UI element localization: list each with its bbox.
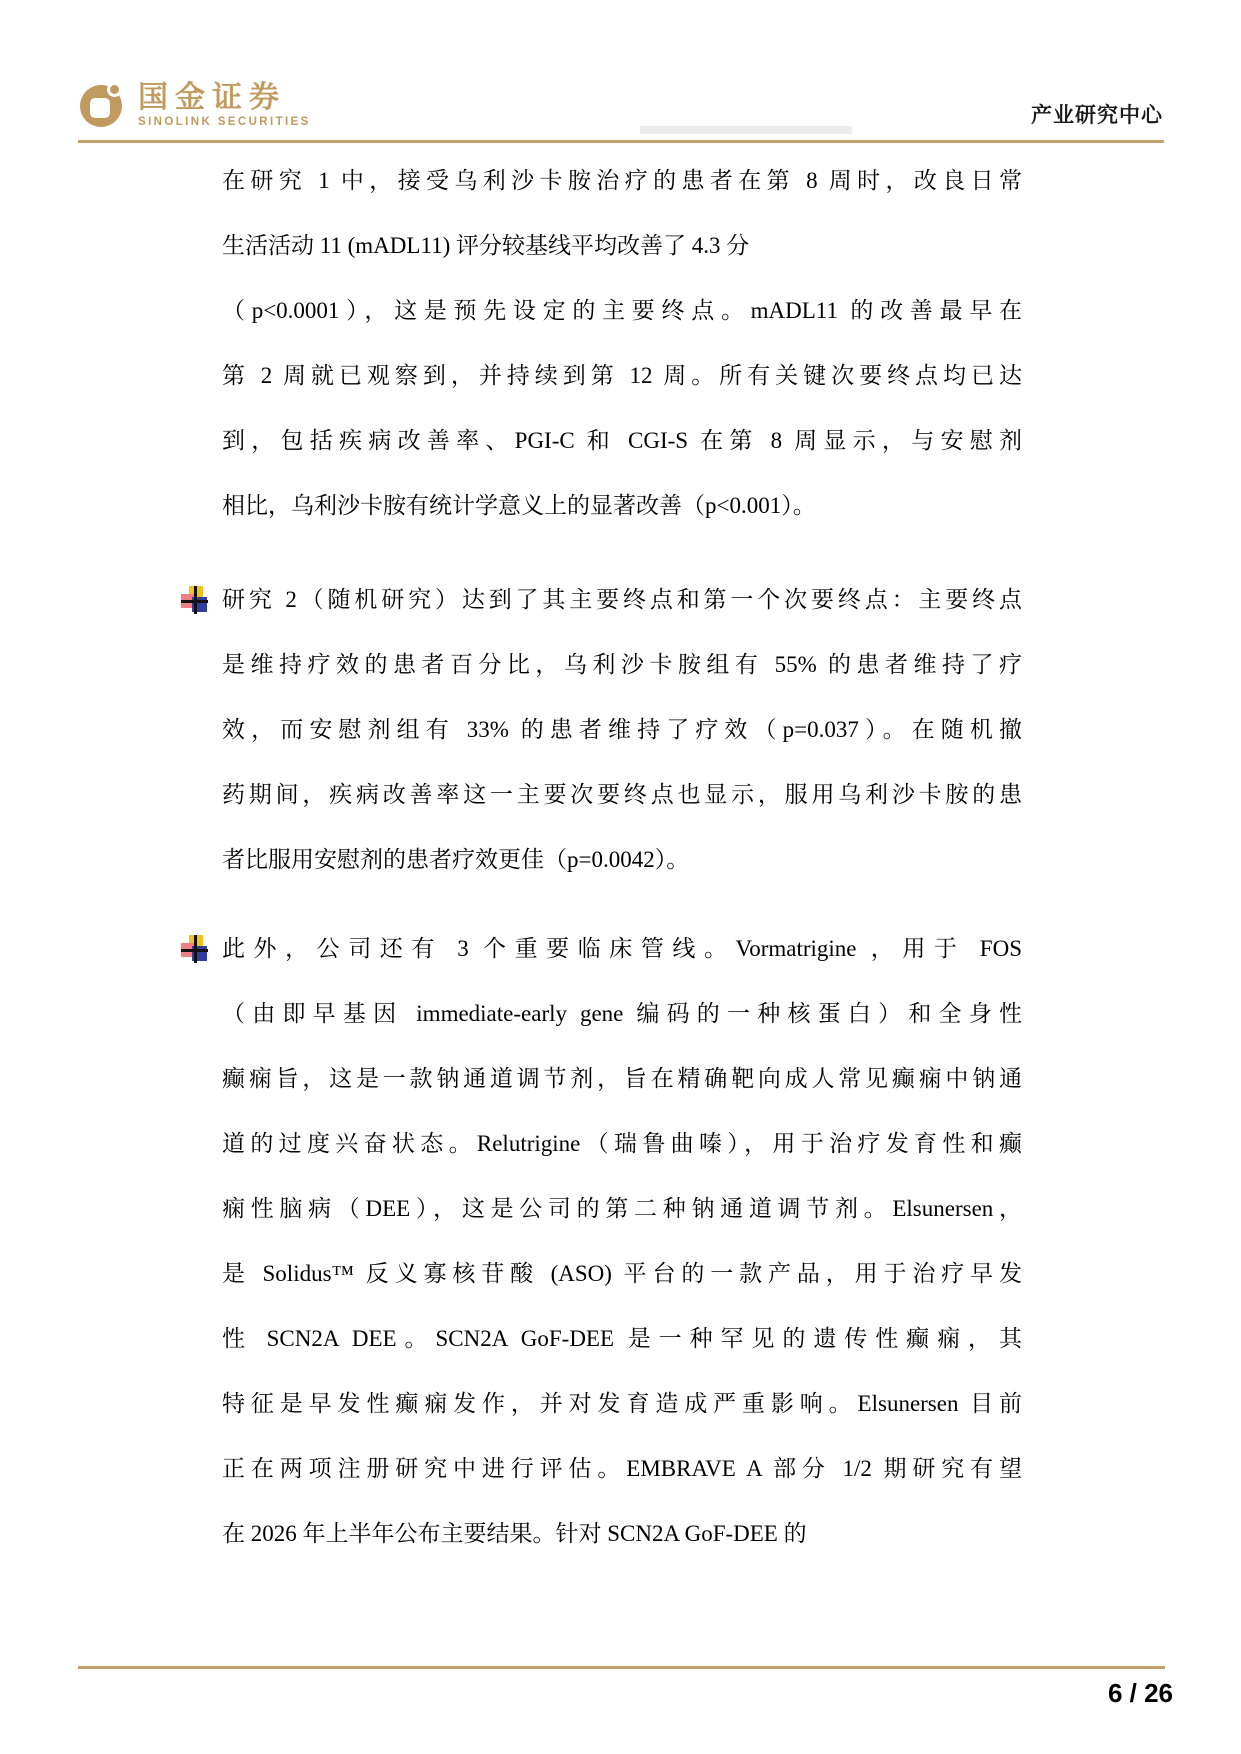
text-line: 相比，乌利沙卡胺有统计学意义上的显著改善（p<0.001）。	[222, 473, 1022, 538]
logo-name-en: SINOLINK SECURITIES	[138, 115, 311, 130]
text-line: 第 2 周就已观察到，并持续到第 12 周。所有关键次要终点均已达	[222, 343, 1022, 408]
logo-name-cn: 国金证券	[138, 82, 311, 114]
sinolink-logo-icon	[80, 82, 126, 128]
sinolink-logo: 国金证券 SINOLINK SECURITIES	[80, 82, 311, 130]
document-body: 在研究 1 中，接受乌利沙卡胺治疗的患者在第 8 周时，改良日常 生活活动 11…	[222, 148, 1022, 1566]
logo-wordmark: 国金证券 SINOLINK SECURITIES	[138, 82, 311, 130]
text-line: 此外，公司还有 3 个重要临床管线。Vormatrigine ，用于 FOS	[222, 916, 1022, 981]
text-line: 道的过度兴奋状态。Relutrigine（瑞鲁曲嗪），用于治疗发育性和癫	[222, 1111, 1022, 1176]
text-line: 到，包括疾病改善率、PGI-C 和 CGI-S 在第 8 周显示，与安慰剂	[222, 408, 1022, 473]
text-line: 效，而安慰剂组有 33% 的患者维持了疗效（p=0.037）。在随机撤	[222, 697, 1022, 762]
paragraph-study1: 在研究 1 中，接受乌利沙卡胺治疗的患者在第 8 周时，改良日常 生活活动 11…	[222, 148, 1022, 538]
department-label: 产业研究中心	[1031, 99, 1163, 129]
text-line: （由即早基因 immediate-early gene 编码的一种核蛋白）和全身…	[222, 981, 1022, 1046]
text-line: （p<0.0001），这是预先设定的主要终点。mADL11 的改善最早在	[222, 278, 1022, 343]
page-number: 6 / 26	[1108, 1678, 1173, 1709]
text-line: 正在两项注册研究中进行评估。EMBRAVE A 部分 1/2 期研究有望	[222, 1436, 1022, 1501]
text-line: 生活活动 11 (mADL11) 评分较基线平均改善了 4.3 分	[222, 213, 1022, 278]
text-line: 痫性脑病（DEE），这是公司的第二种钠通道调节剂。Elsunersen，	[222, 1176, 1022, 1241]
text-line: 研究 2（随机研究）达到了其主要终点和第一个次要终点：主要终点	[222, 567, 1022, 632]
text-line: 是 Solidus™ 反义寡核苷酸 (ASO) 平台的一款产品，用于治疗早发	[222, 1241, 1022, 1306]
text-line: 是维持疗效的患者百分比，乌利沙卡胺组有 55% 的患者维持了疗	[222, 632, 1022, 697]
page-header: 国金证券 SINOLINK SECURITIES 产业研究中心	[0, 0, 1241, 145]
text-line: 在研究 1 中，接受乌利沙卡胺治疗的患者在第 8 周时，改良日常	[222, 148, 1022, 213]
text-line: 药期间，疾病改善率这一主要次要终点也显示，服用乌利沙卡胺的患	[222, 762, 1022, 827]
scan-artifact-streak	[640, 126, 852, 134]
text-line: 在 2026 年上半年公布主要结果。针对 SCN2A GoF-DEE 的	[222, 1501, 1022, 1566]
paragraph-study2: 研究 2（随机研究）达到了其主要终点和第一个次要终点：主要终点 是维持疗效的患者…	[222, 567, 1022, 892]
text-line: 性 SCN2A DEE。SCN2A GoF-DEE 是一种罕见的遗传性癫痫，其	[222, 1306, 1022, 1371]
report-page: 国金证券 SINOLINK SECURITIES 产业研究中心 在研究 1 中，…	[0, 0, 1241, 1754]
text-line: 癫痫旨，这是一款钠通道调节剂，旨在精确靶向成人常见癫痫中钠通	[222, 1046, 1022, 1111]
text-line: 者比服用安慰剂的患者疗效更佳（p=0.0042）。	[222, 827, 1022, 892]
footer-divider	[78, 1666, 1165, 1669]
colored-squares-bullet-icon	[181, 586, 208, 614]
text-line: 特征是早发性癫痫发作，并对发育造成严重影响。Elsunersen 目前	[222, 1371, 1022, 1436]
colored-squares-bullet-icon	[181, 935, 208, 963]
paragraph-pipeline: 此外，公司还有 3 个重要临床管线。Vormatrigine ，用于 FOS （…	[222, 916, 1022, 1566]
header-divider	[78, 140, 1164, 143]
